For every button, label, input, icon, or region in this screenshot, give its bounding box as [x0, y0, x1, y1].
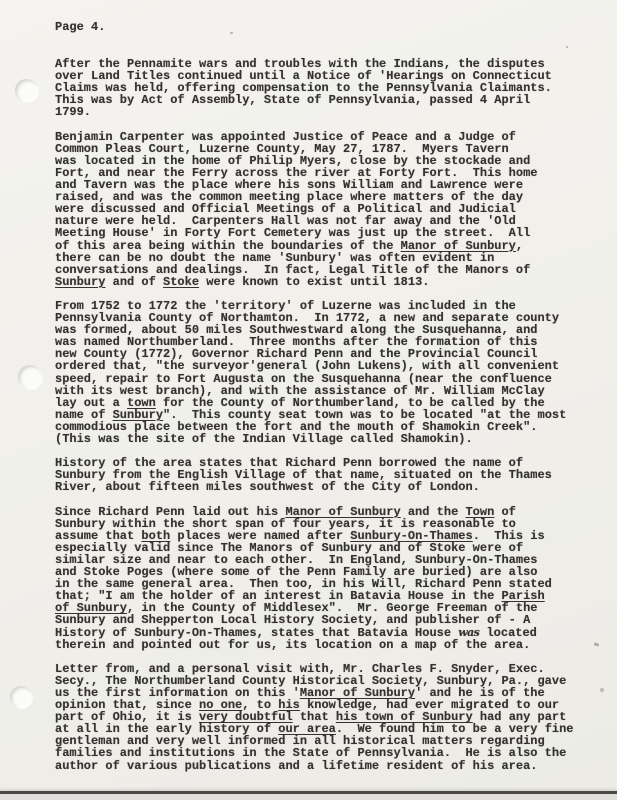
text-line: River, about fifteen miles southwest of … — [55, 481, 600, 493]
paragraph: Letter from, and a personal visit with, … — [55, 663, 600, 772]
text-segment: This was by Act of Assembly, State of Pe… — [55, 93, 530, 107]
text-segment: author of various publications and a lif… — [55, 759, 537, 773]
punch-hole-bottom — [10, 686, 32, 708]
scan-speck — [599, 687, 604, 692]
scanned-page: Page 4. After the Pennamite wars and tro… — [0, 0, 617, 791]
punch-hole-middle — [18, 365, 42, 389]
text-segment: were known to exist until 1813. — [199, 275, 429, 289]
paragraph: Benjamin Carpenter was appointed Justice… — [55, 131, 600, 288]
underlined-text: Sunbury — [55, 275, 105, 289]
text-line: Sunbury and of Stoke were known to exist… — [55, 276, 600, 288]
paragraph: History of the area states that Richard … — [55, 457, 600, 493]
page-number: Page 4. — [55, 21, 600, 33]
punch-hole-top — [15, 79, 38, 102]
typewritten-content: Page 4. After the Pennamite wars and tro… — [55, 21, 600, 772]
underlined-text: Stoke — [163, 275, 199, 289]
handwritten-insertion: was — [458, 626, 479, 639]
text-segment: therein and pointed out for us, its loca… — [55, 638, 530, 652]
scan-backing — [0, 794, 617, 800]
text-segment: and of — [105, 275, 163, 289]
paragraph: Since Richard Penn laid out his Manor of… — [55, 506, 600, 651]
text-segment: 1799. — [55, 105, 91, 119]
text-line: This was by Act of Assembly, State of Pe… — [55, 94, 600, 106]
text-segment: (This was the site of the Indian Village… — [55, 432, 473, 446]
text-line: author of various publications and a lif… — [55, 760, 600, 772]
text-line: therein and pointed out for us, its loca… — [55, 639, 600, 651]
text-segment: River, about fifteen miles southwest of … — [55, 480, 480, 494]
text-line: (This was the site of the Indian Village… — [55, 433, 600, 445]
paragraph: After the Pennamite wars and troubles wi… — [55, 58, 600, 118]
paragraph: From 1752 to 1772 the 'territory' of Luz… — [55, 300, 600, 445]
text-segment: , — [516, 239, 523, 253]
text-line: 1799. — [55, 106, 600, 118]
document-body: After the Pennamite wars and troubles wi… — [55, 58, 600, 772]
